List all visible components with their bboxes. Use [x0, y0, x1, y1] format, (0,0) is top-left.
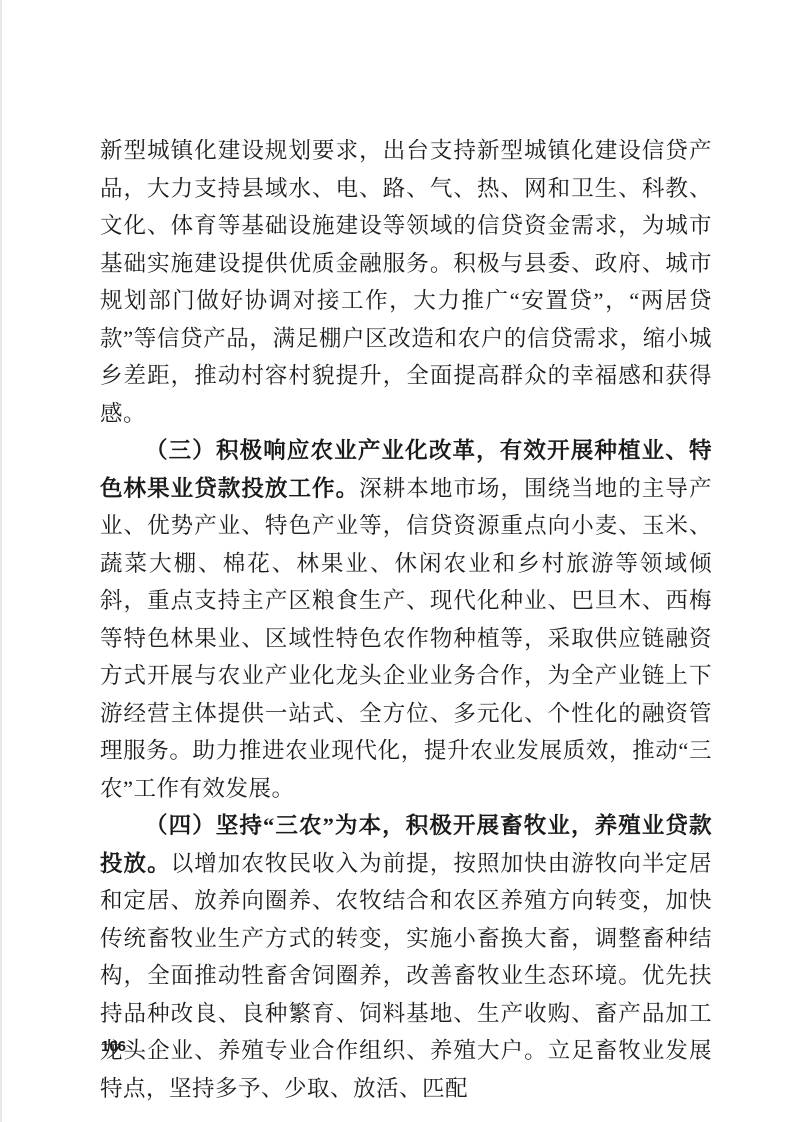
paragraph-continuation: 新型城镇化建设规划要求，出台支持新型城镇化建设信贷产品，大力支持县域水、电、路、… — [100, 132, 712, 432]
paragraph-section-3: （三）积极响应农业产业化改革，有效开展种植业、特色林果业贷款投放工作。深耕本地市… — [100, 432, 712, 807]
paragraph-text: 深耕本地市场，围绕当地的主导产业、优势产业、特色产业等，信贷资源重点向小麦、玉米… — [100, 476, 712, 801]
document-body: 新型城镇化建设规划要求，出台支持新型城镇化建设信贷产品，大力支持县域水、电、路、… — [100, 132, 712, 1107]
paragraph-section-4: （四）坚持“三农”为本，积极开展畜牧业，养殖业贷款投放。以增加农牧民收入为前提，… — [100, 807, 712, 1107]
scan-edge-artifact — [0, 0, 2, 1122]
paragraph-text: 以增加农牧民收入为前提，按照加快由游牧向半定居和定居、放养向圈养、农牧结合和农区… — [100, 851, 712, 1101]
page-number: 106 — [101, 1038, 126, 1055]
paragraph-text: 新型城镇化建设规划要求，出台支持新型城镇化建设信贷产品，大力支持县域水、电、路、… — [100, 138, 712, 426]
